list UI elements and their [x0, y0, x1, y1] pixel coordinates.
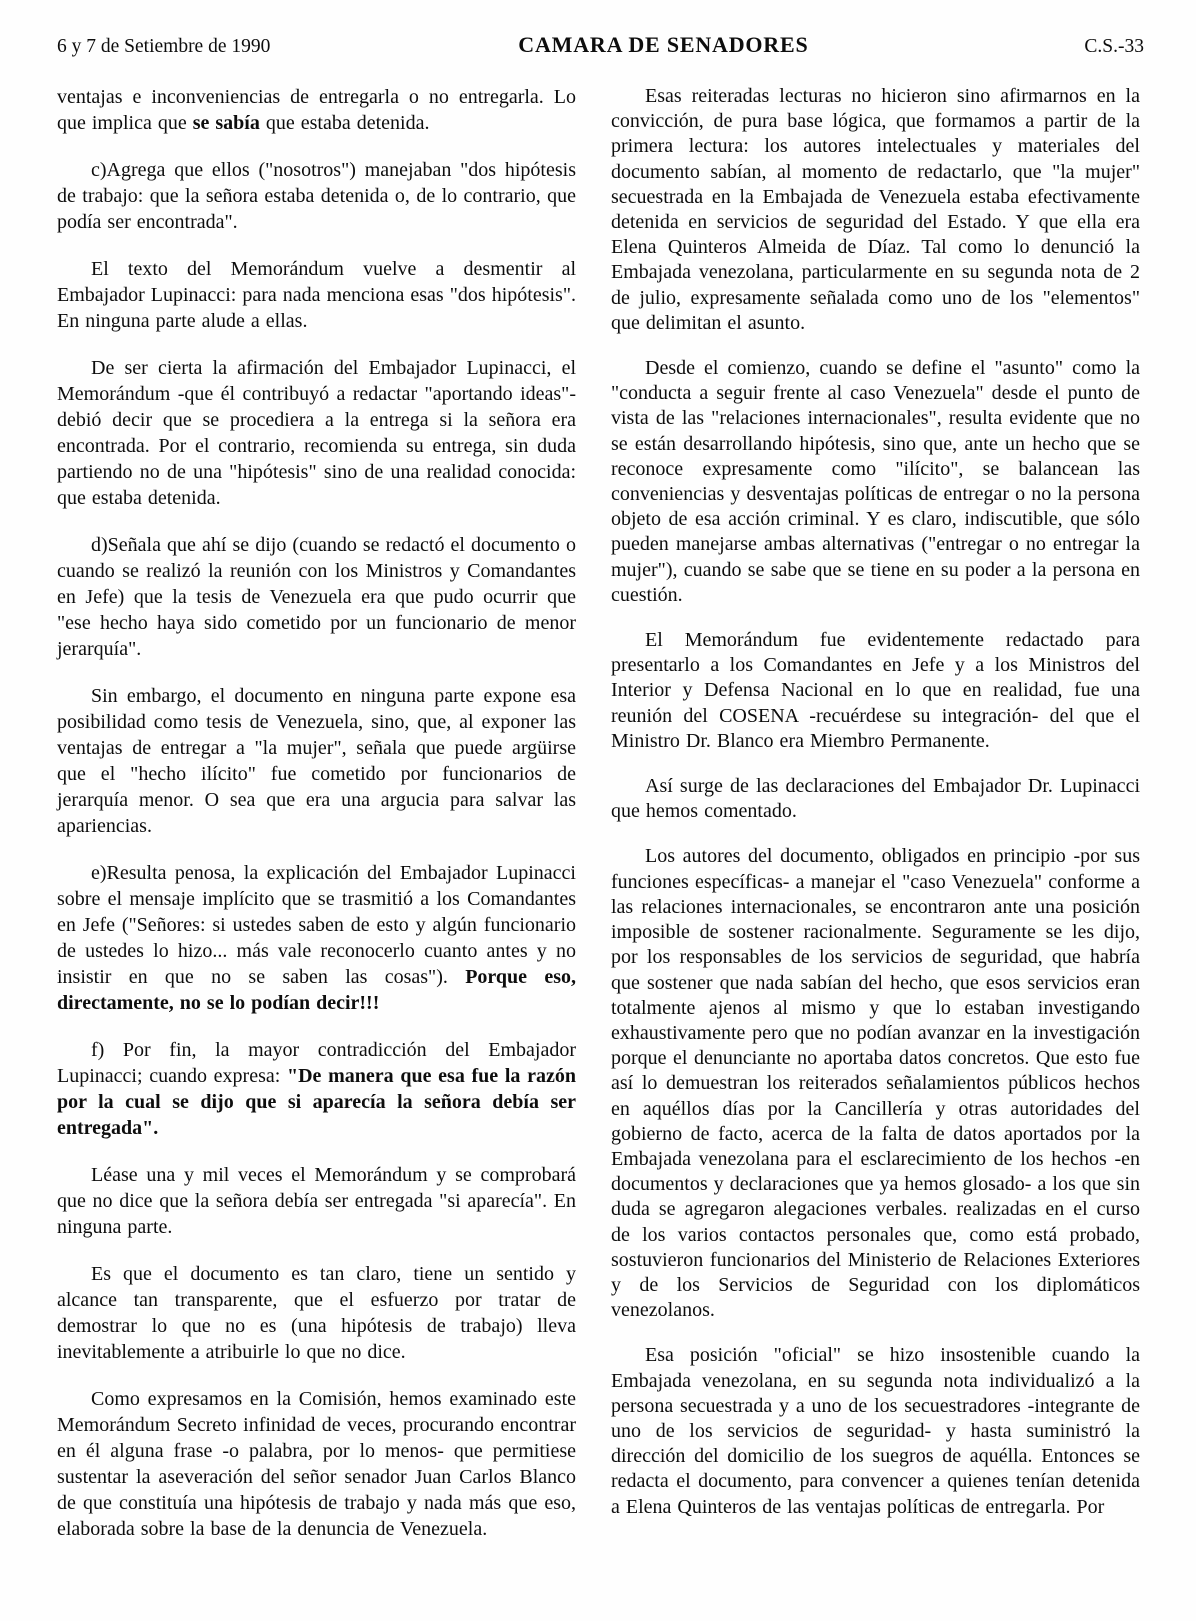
- header-date: 6 y 7 de Setiembre de 1990: [57, 36, 270, 58]
- page-header: 6 y 7 de Setiembre de 1990 CAMARA DE SEN…: [57, 32, 1144, 58]
- paragraph: Léase una y mil veces el Memorándum y se…: [57, 1162, 576, 1240]
- paragraph: De ser cierta la afirmación del Embajado…: [57, 355, 576, 511]
- text-segment: c)Agrega que ellos ("nosotros") manejaba…: [57, 159, 576, 233]
- paragraph: Esas reiteradas lecturas no hicieron sin…: [611, 84, 1140, 336]
- left-column: ventajas e inconveniencias de entregarla…: [57, 84, 576, 1563]
- text-segment: Sin embargo, el documento en ninguna par…: [57, 685, 576, 837]
- paragraph: Sin embargo, el documento en ninguna par…: [57, 683, 576, 839]
- header-title: CAMARA DE SENADORES: [256, 32, 1070, 58]
- text-segment: Así surge de las declaraciones del Embaj…: [611, 775, 1140, 822]
- paragraph: Desde el comienzo, cuando se define el "…: [611, 356, 1140, 608]
- paragraph: El Memorándum fue evidentemente redactad…: [611, 628, 1140, 754]
- paragraph: Los autores del documento, obligados en …: [611, 844, 1140, 1323]
- paragraph: Esa posición "oficial" se hizo insosteni…: [611, 1343, 1140, 1519]
- paragraph: Como expresamos en la Comisión, hemos ex…: [57, 1386, 576, 1542]
- text-segment: d)Señala que ahí se dijo (cuando se reda…: [57, 534, 576, 660]
- paragraph: Es que el documento es tan claro, tiene …: [57, 1261, 576, 1365]
- paragraph: e)Resulta penosa, la explicación del Emb…: [57, 860, 576, 1016]
- text-segment: De ser cierta la afirmación del Embajado…: [57, 357, 576, 509]
- text-segment: Como expresamos en la Comisión, hemos ex…: [57, 1388, 576, 1540]
- header-page-ref: C.S.-33: [1084, 36, 1144, 58]
- right-column: Esas reiteradas lecturas no hicieron sin…: [611, 84, 1140, 1563]
- text-segment: Léase una y mil veces el Memorándum y se…: [57, 1164, 576, 1238]
- paragraph: f) Por fin, la mayor contradicción del E…: [57, 1037, 576, 1141]
- paragraph: El texto del Memorándum vuelve a desment…: [57, 256, 576, 334]
- two-column-text-block: ventajas e inconveniencias de entregarla…: [57, 84, 1140, 1563]
- text-segment: Esas reiteradas lecturas no hicieron sin…: [611, 85, 1140, 334]
- text-segment: Los autores del documento, obligados en …: [611, 845, 1140, 1321]
- bold-text-segment: se sabía: [193, 112, 260, 134]
- text-segment: que estaba detenida.: [260, 112, 430, 134]
- document-page: 6 y 7 de Setiembre de 1990 CAMARA DE SEN…: [0, 0, 1196, 1621]
- text-segment: Esa posición "oficial" se hizo insosteni…: [611, 1344, 1140, 1517]
- text-segment: El Memorándum fue evidentemente redactad…: [611, 629, 1140, 752]
- text-segment: Desde el comienzo, cuando se define el "…: [611, 357, 1140, 606]
- text-segment: Es que el documento es tan claro, tiene …: [57, 1263, 576, 1363]
- paragraph: d)Señala que ahí se dijo (cuando se reda…: [57, 532, 576, 662]
- paragraph: ventajas e inconveniencias de entregarla…: [57, 84, 576, 136]
- text-segment: El texto del Memorándum vuelve a desment…: [57, 258, 576, 332]
- paragraph: c)Agrega que ellos ("nosotros") manejaba…: [57, 157, 576, 235]
- paragraph: Así surge de las declaraciones del Embaj…: [611, 774, 1140, 824]
